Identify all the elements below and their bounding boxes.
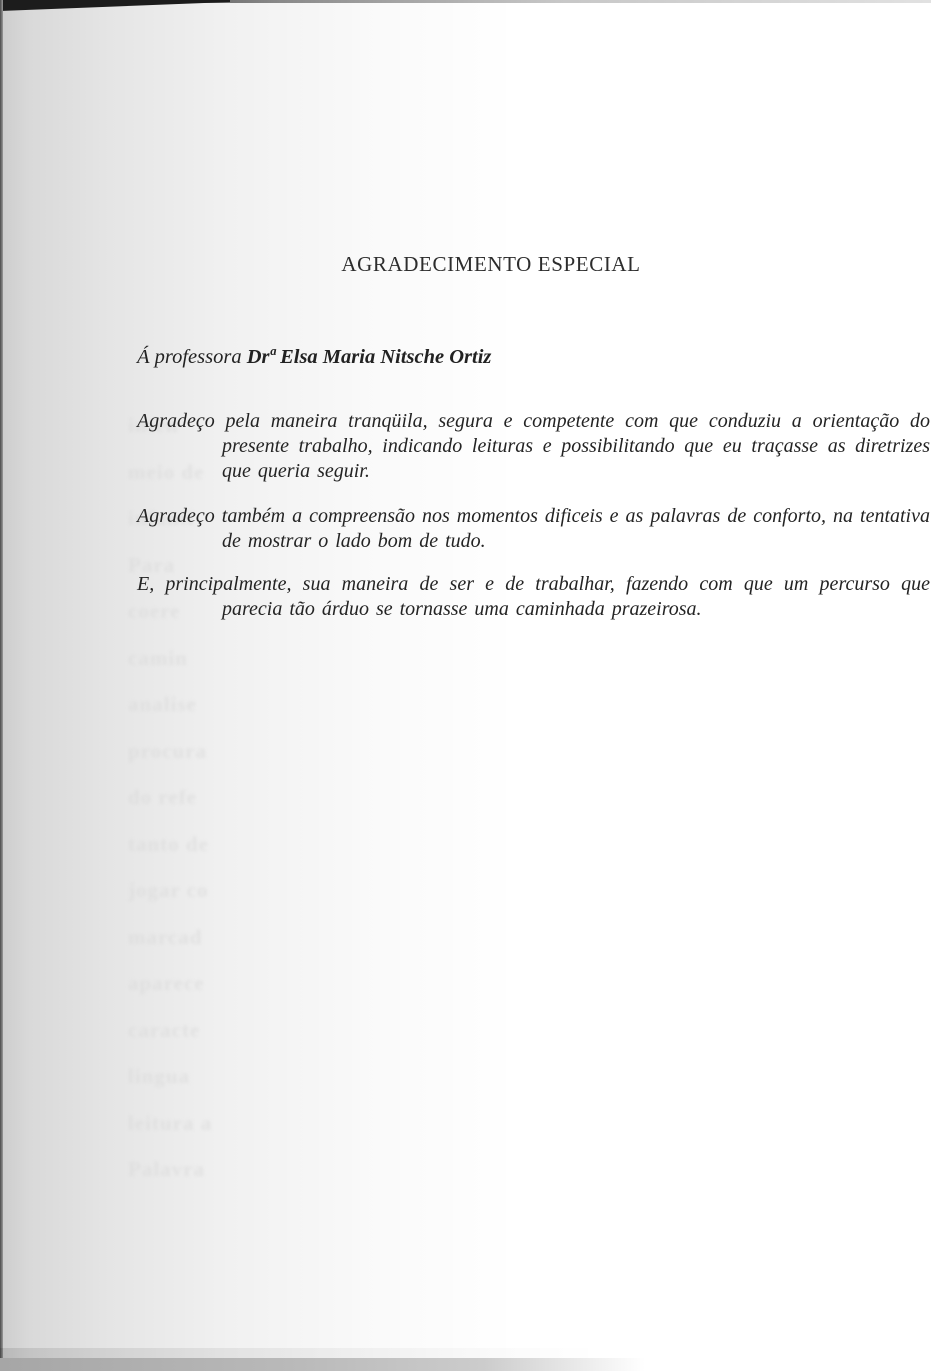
bleedthrough-line: jogar co: [128, 867, 348, 914]
bleedthrough-line: caracte: [128, 1007, 348, 1054]
bleedthrough-line: marcad: [128, 914, 348, 961]
binding-shadow: [0, 0, 520, 1371]
bleedthrough-line: leitura a: [128, 1100, 348, 1147]
bleedthrough-line: aparece: [128, 960, 348, 1007]
scan-bottom-edge: [0, 1358, 645, 1371]
acknowledgment-paragraph-2: Agradeço também a compreensão nos moment…: [137, 504, 930, 554]
bleedthrough-line: Palavra: [128, 1146, 348, 1193]
scanned-document-page: intenmeio deinfantiParacoerecaminanalise…: [0, 0, 931, 1371]
bleedthrough-line: analise: [128, 681, 348, 728]
bleedthrough-line: lingua: [128, 1053, 348, 1100]
bleedthrough-line: procura: [128, 728, 348, 775]
bleedthrough-line: camin: [128, 635, 348, 682]
bleedthrough-line: tanto de: [128, 821, 348, 868]
dedication-line: Á professora Drª Elsa Maria Nitsche Orti…: [137, 346, 845, 369]
scan-bottom-shadow: [0, 1348, 600, 1358]
dedication-prefix: Á professora: [137, 346, 247, 368]
acknowledgment-paragraph-1: Agradeço pela maneira tranqüila, segura …: [137, 409, 930, 485]
scan-top-left-wedge: [0, 0, 230, 11]
bleedthrough-line: do refe: [128, 774, 348, 821]
acknowledgment-paragraph-3: E, principalmente, sua maneira de ser e …: [137, 572, 930, 622]
dedication-name: Drª Elsa Maria Nitsche Ortiz: [247, 346, 492, 368]
scan-left-edge: [0, 0, 3, 1371]
page-title: AGRADECIMENTO ESPECIAL: [137, 252, 845, 277]
